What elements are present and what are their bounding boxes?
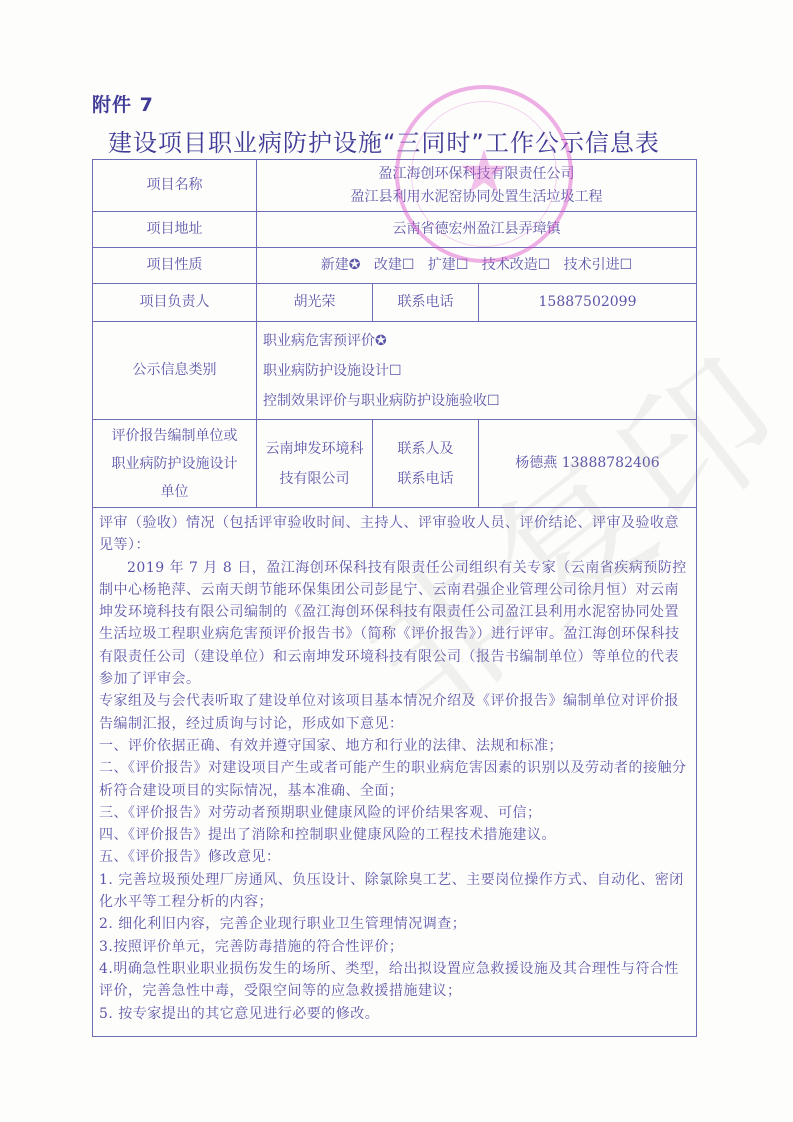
project-address-value: 云南省德宏州盈江县弄璋镇	[257, 212, 697, 248]
checkbox-icon: ☐	[538, 257, 551, 273]
project-address-label: 项目地址	[93, 212, 257, 248]
revision-item: 5. 按专家提出的其它意见进行必要的修改。	[99, 1003, 690, 1025]
nature-option-rebuild: 改建☐	[374, 257, 415, 273]
row-project-address: 项目地址 云南省德宏州盈江县弄璋镇	[93, 212, 697, 248]
notice-category-options: 职业病危害预评价✪ 职业病防护设施设计☐ 控制效果评价与职业病防护设施验收☐	[257, 322, 697, 420]
opinion-item: 三、《评价报告》对劳动者预期职业健康风险的评价结果客观、可信；	[99, 802, 690, 824]
checkbox-icon: ☐	[620, 257, 633, 273]
lead-phone-value: 15887502099	[479, 284, 697, 322]
category-pre-evaluation: 职业病危害预评价✪	[263, 326, 690, 356]
project-lead-label: 项目负责人	[93, 284, 257, 322]
review-paragraph-1: 2019 年 7 月 8 日，盈江海创环保科技有限责任公司组织有关专家（云南省疾…	[99, 557, 690, 691]
selected-mark-icon: ✪	[375, 333, 387, 349]
project-name-label: 项目名称	[93, 160, 257, 212]
project-title: 盈江县利用水泥窑协同处置生活垃圾工程	[263, 186, 690, 208]
revision-item: 2. 细化利旧内容，完善企业现行职业卫生管理情况调查；	[99, 913, 690, 935]
revision-item: 4.明确急性职业职业损伤发生的场所、类型，给出拟设置应急救援设施及其合理性与符合…	[99, 958, 690, 1003]
nature-option-new: 新建✪	[321, 257, 361, 273]
info-table: 项目名称 盈江海创环保科技有限责任公司 盈江县利用水泥窑协同处置生活垃圾工程 项…	[92, 159, 697, 1037]
opinion-item: 二、《评价报告》对建设项目产生或者可能产生的职业病危害因素的识别以及劳动者的接触…	[99, 757, 690, 802]
category-protection-design: 职业病防护设施设计☐	[263, 356, 690, 386]
project-lead-name: 胡光荣	[257, 284, 373, 322]
review-section: 评审（验收）情况（包括评审验收时间、主持人、评审验收人员、评价结论、评审及验收意…	[93, 508, 697, 1037]
row-eval-unit: 评价报告编制单位或 职业病防护设施设计 单位 云南坤发环境科 技有限公司 联系人…	[93, 420, 697, 508]
lead-phone-label: 联系电话	[373, 284, 479, 322]
checkbox-icon: ☐	[402, 257, 415, 273]
eval-unit-label: 评价报告编制单位或 职业病防护设施设计 单位	[93, 420, 257, 508]
checkbox-icon: ☐	[487, 393, 500, 409]
project-name-value: 盈江海创环保科技有限责任公司 盈江县利用水泥窑协同处置生活垃圾工程	[257, 160, 697, 212]
review-heading: 评审（验收）情况（包括评审验收时间、主持人、评审验收人员、评价结论、评审及验收意…	[99, 512, 690, 557]
category-control-acceptance: 控制效果评价与职业病防护设施验收☐	[263, 386, 690, 416]
row-project-name: 项目名称 盈江海创环保科技有限责任公司 盈江县利用水泥窑协同处置生活垃圾工程	[93, 160, 697, 212]
project-nature-label: 项目性质	[93, 248, 257, 284]
opinion-item: 五、《评价报告》修改意见：	[99, 846, 690, 868]
revision-item: 1. 完善垃圾预处理厂房通风、负压设计、除氯除臭工艺、主要岗位操作方式、自动化、…	[99, 869, 690, 914]
attachment-label: 附件 7	[92, 90, 154, 117]
row-notice-category: 公示信息类别 职业病危害预评价✪ 职业病防护设施设计☐ 控制效果评价与职业病防护…	[93, 322, 697, 420]
eval-unit-name: 云南坤发环境科 技有限公司	[257, 420, 373, 508]
opinion-item: 一、评价依据正确、有效并遵守国家、地方和行业的法律、法规和标准；	[99, 735, 690, 757]
row-project-nature: 项目性质 新建✪ 改建☐ 扩建☐ 技术改造☐ 技术引进☐	[93, 248, 697, 284]
checkbox-icon: ☐	[389, 363, 402, 379]
nature-option-expand: 扩建☐	[428, 257, 469, 273]
row-project-lead: 项目负责人 胡光荣 联系电话 15887502099	[93, 284, 697, 322]
nature-option-tech-renovation: 技术改造☐	[482, 257, 551, 273]
selected-mark-icon: ✪	[349, 257, 361, 273]
review-paragraph-2: 专家组及与会代表听取了建设单位对该项目基本情况介绍及《评价报告》编制单位对评价报…	[99, 690, 690, 735]
contact-value: 杨德燕 13888782406	[479, 420, 697, 508]
checkbox-icon: ☐	[456, 257, 469, 273]
project-nature-options: 新建✪ 改建☐ 扩建☐ 技术改造☐ 技术引进☐	[257, 248, 697, 284]
nature-option-tech-import: 技术引进☐	[564, 257, 633, 273]
contact-label: 联系人及 联系电话	[373, 420, 479, 508]
notice-category-label: 公示信息类别	[93, 322, 257, 420]
opinion-item: 四、《评价报告》提出了消除和控制职业健康风险的工程技术措施建议。	[99, 824, 690, 846]
row-review: 评审（验收）情况（包括评审验收时间、主持人、评审验收人员、评价结论、评审及验收意…	[93, 508, 697, 1037]
revision-item: 3.按照评价单元，完善防毒措施的符合性评价；	[99, 936, 690, 958]
company-name: 盈江海创环保科技有限责任公司	[263, 163, 690, 185]
document-title: 建设项目职业病防护设施“三同时”工作公示信息表	[108, 123, 660, 158]
